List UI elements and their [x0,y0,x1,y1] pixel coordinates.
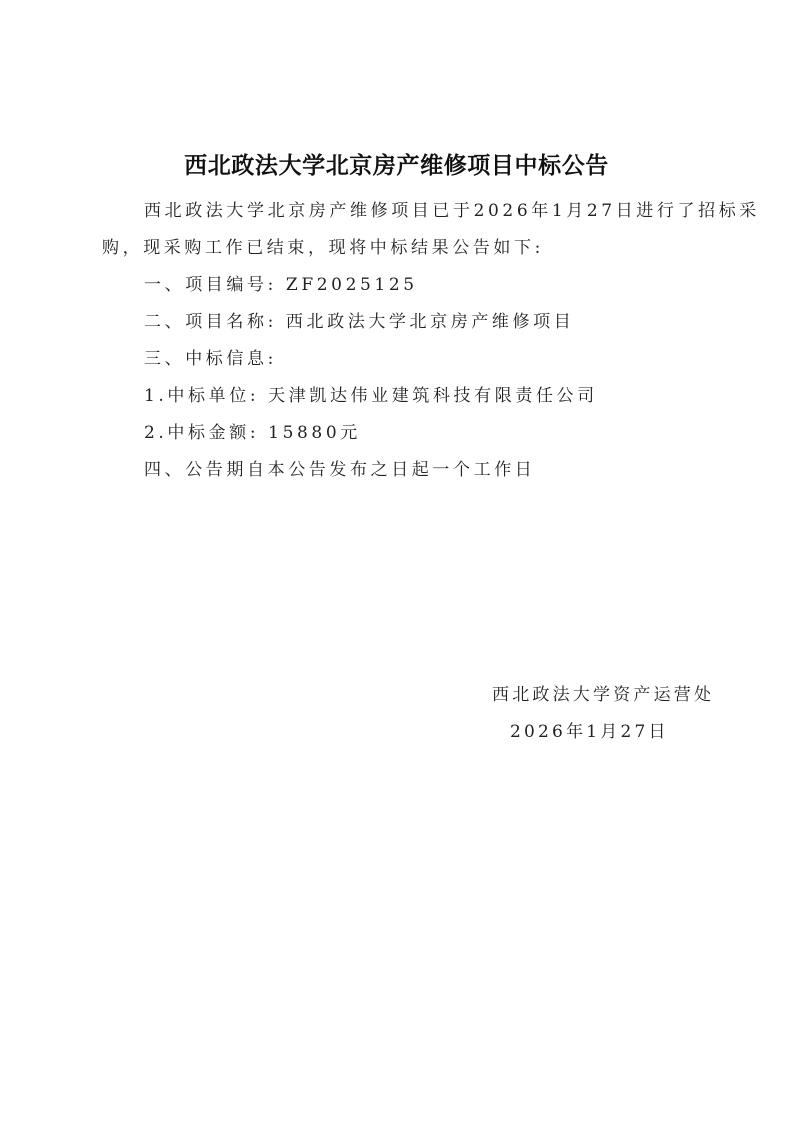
intro-line-2: 购，现采购工作已结束，现将中标结果公告如下: [102,233,544,258]
document-page: 西北政法大学北京房产维修项目中标公告 西北政法大学北京房产维修项目已于2026年… [0,0,793,1122]
item-announcement-period: 四、公告期自本公告发布之日起一个工作日 [144,455,535,480]
signature-date: 2026年1月27日 [510,717,669,742]
item-winning-amount: 2.中标金额: 15880元 [144,418,361,443]
item-project-name: 二、项目名称: 西北政法大学北京房产维修项目 [144,307,574,332]
signature-organization: 西北政法大学资产运营处 [492,680,714,705]
document-title: 西北政法大学北京房产维修项目中标公告 [0,147,793,180]
intro-line-1: 西北政法大学北京房产维修项目已于2026年1月27日进行了招标采 [144,196,760,221]
item-bid-info-heading: 三、中标信息: [144,344,277,369]
item-project-number: 一、项目编号: ZF2025125 [144,270,418,295]
item-winning-bidder: 1.中标单位: 天津凯达伟业建筑科技有限责任公司 [144,381,598,406]
